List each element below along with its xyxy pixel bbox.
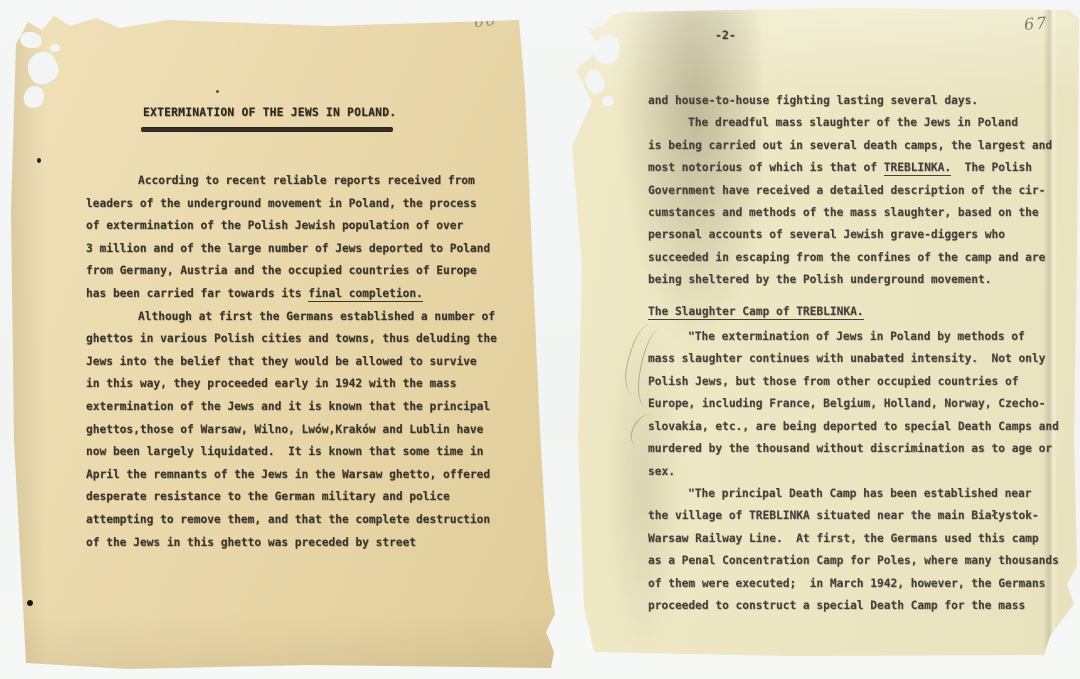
text-line: mass slaughter continues with unabated i… [648,348,1076,370]
document-title: EXTERMINATION OF THE JEWS IN POLAND. [143,106,396,119]
text-line: as a Penal Concentration Camp for Poles,… [648,550,1076,572]
ink-speck [27,600,33,606]
torn-hole [19,30,44,50]
archive-page-number: 66 [473,11,498,32]
ink-speck [37,158,41,163]
pencil-scribble [34,10,42,22]
underlined-text: final completion. [308,287,423,302]
text-line: The Slaughter Camp of TREBLINKA. [648,301,1076,323]
text-line: leaders of the underground movement in P… [86,193,506,216]
paragraph: According to recent reliable reports rec… [86,170,506,306]
torn-hole [50,44,60,52]
page-right-text: and house-to-house fighting lasting seve… [648,90,1076,617]
text-line: extermination of the Jews and it is know… [86,396,506,419]
text-line: of the Jews in this ghetto was preceded … [86,532,506,555]
text-line: ghettos in various Polish cities and tow… [86,328,506,351]
text-line: cumstances and methods of the mass slaug… [648,202,1076,224]
text-line: is being carried out in several death ca… [648,135,1076,157]
text-line: sex. [648,461,1076,483]
text-line: murdered by the thousand without discrim… [648,438,1076,460]
underlined-text: The Slaughter Camp of TREBLINKA. [648,305,864,320]
text-line: Warsaw Railway Line. At first, the Germa… [648,528,1076,550]
text-line: "The extermination of Jews in Poland by … [648,326,1076,348]
torn-hole [21,83,47,111]
section-heading: The Slaughter Camp of TREBLINKA. [648,301,1076,323]
text-line: ghettos,those of Warsaw, Wilno, Lwów,Kra… [86,419,506,442]
text-line: and house-to-house fighting lasting seve… [648,90,1076,112]
text-line: most notorious of which is that of TREBL… [648,157,1076,179]
pencil-scribble [25,11,33,23]
text-line: attempting to remove them, and that the … [86,509,506,532]
paragraph: "The principal Death Camp has been estab… [648,483,1076,617]
page-left: 66 EXTERMINATION OF THE JEWS IN POLAND. … [8,10,560,672]
text-line: in this way, they proceeded early in 194… [86,373,506,396]
text-line: being sheltered by the Polish undergroun… [648,269,1076,291]
torn-hole [583,8,610,30]
text-line: of them were executed; in March 1942, ho… [648,573,1076,595]
text-line: succeeded in escaping from the confines … [648,247,1076,269]
text-line: of extermination of the Polish Jewish po… [86,215,506,238]
underlined-text: TREBLINKA. [884,161,951,176]
text-line: slovakia, etc., are being deported to sp… [648,416,1076,438]
torn-hole [602,96,614,106]
paragraph: "The extermination of Jews in Poland by … [648,326,1076,483]
page-number: -2- [715,28,736,42]
title-underline [141,127,393,132]
scan-background: 66 EXTERMINATION OF THE JEWS IN POLAND. … [0,0,1080,679]
text-line: According to recent reliable reports rec… [86,170,506,193]
text-line: Europe, including France, Belgium, Holla… [648,393,1076,415]
text-line: desperate resistance to the German milit… [86,486,506,509]
text-line: personal accounts of several Jewish grav… [648,224,1076,246]
paragraph: Although at first the Germans establishe… [86,306,506,555]
text-line: 3 million and of the large number of Jew… [86,238,506,261]
text-line: from Germany, Austria and the occupied c… [86,260,506,283]
text-line: Although at first the Germans establishe… [86,306,506,329]
text-line: the village of TREBLINKA situated near t… [648,505,1076,527]
paragraph: and house-to-house fighting lasting seve… [648,90,1076,112]
torn-hole [591,31,623,66]
page-right: -2- 67 and house-to-house fighting lasti… [550,6,1080,661]
paper-shading [550,6,1080,102]
text-line: Polish Jews, but those from other occupi… [648,371,1076,393]
text-line: Jews into the belief that they would be … [86,351,506,374]
torn-hole [583,68,607,96]
page-left-text: According to recent reliable reports rec… [86,170,506,554]
text-line: April the remnants of the Jews in the Wa… [86,464,506,487]
text-line: "The principal Death Camp has been estab… [648,483,1076,505]
archive-page-number: 67 [1023,13,1049,34]
text-line: has been carried far towards its final c… [86,283,506,306]
text-line: Government have received a detailed desc… [648,180,1076,202]
text-line: now been largely liquidated. It is known… [86,441,506,464]
text-line: The dreadful mass slaughter of the Jews … [648,112,1076,134]
text-line: proceeded to construct a special Death C… [648,595,1076,617]
paragraph: The dreadful mass slaughter of the Jews … [648,112,1076,291]
torn-hole [26,50,60,86]
ink-speck [216,90,219,93]
